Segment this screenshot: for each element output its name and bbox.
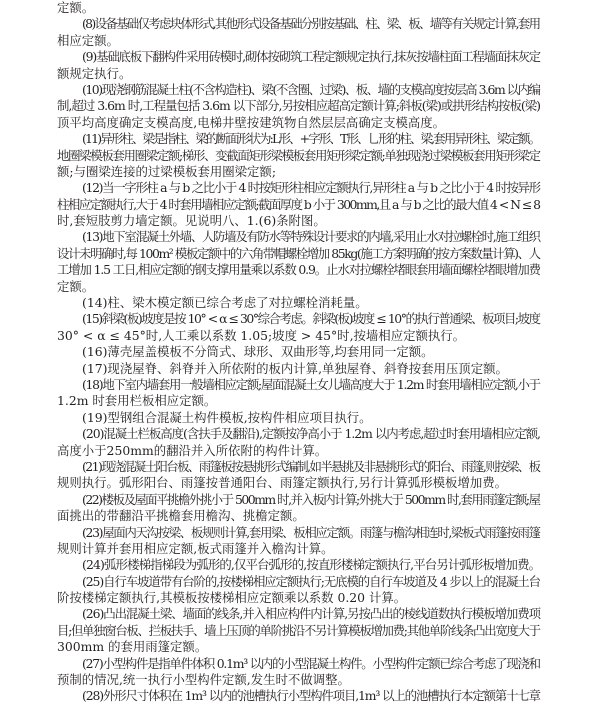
text-line: (10)现浇钢筋混凝土柱(不含构造柱)、梁(不含圈、过梁)、板、墙的支模高度按层… [57,82,541,98]
text-line: (9)基础底板下翻构件采用砖模时,砌体按砌筑工程定额规定执行,抹灰按墙柱面工程墙… [57,49,541,65]
text-line: (8)设备基础仅考虑块体形式,其他形式设备基础分别按基础、柱、梁、板、墙等有关规… [57,16,541,32]
text-line: 地圈梁模板套用圈梁定额;梯形、变截面矩形梁模板套用矩形梁定额;单独现浇过梁模板套… [57,148,541,164]
text-line: 1.2m 时套用栏板相应定额。 [57,393,541,409]
text-line: (12)当一字形柱 a 与 b 之比小于 4 时按矩形柱相应定额执行,异形柱 a… [57,180,541,196]
text-line: (21)现浇混凝土阳台板、雨篷板按悬挑形式编制,如半悬挑及非悬挑形式的阳台、雨篷… [57,459,541,475]
text-line: 制,超过 3.6m 时,工程量包括 3.6m 以下部分,另按相应超高定额计算;斜… [57,98,541,114]
text-line: (18)地下室内墙套用一般墙相应定额;屋面混凝土女儿墙高度大于 1.2m 时套用… [57,377,541,393]
text-line: (19)型钢组合混凝土构件模板,按构件相应项目执行。 [57,410,541,426]
document-page: 定额。(8)设备基础仅考虑块体形式,其他形式设备基础分别按基础、柱、梁、板、墙等… [57,0,541,705]
text-line: (14)柱、梁木模定额已综合考虑了对拉螺栓消耗量。 [57,295,541,311]
text-line: 高度小于250mm的翻沿并入所依附的构件计算。 [57,443,541,459]
text-line: (23)屋面内天沟按梁、板规则计算,套用梁、板相应定额。雨篷与檐沟相连时,梁板式… [57,525,541,541]
text-line: (15)斜梁(板)坡度是按 10° < α ≤ 30°综合考虑。斜梁(板)坡度 … [57,311,541,327]
text-line: (22)楼板及屋面平挑檐外挑小于 500mm 时,并入板内计算;外挑大于 500… [57,492,541,508]
text-line: 工增加 1.5 工日,相应定额的钢支撑用量乘以系数 0.9。止水对拉螺栓堵眼套用… [57,262,541,278]
text-line: 相应定额。 [57,33,541,49]
text-line: (24)弧形楼梯指梯段为弧形的,仅平台弧形的,按直形楼梯定额执行,平台另计弧形板… [57,557,541,573]
text-line: 预制的情况,统一执行小型构件定额,发生时不做调整。 [57,672,541,688]
text-line: 300mm 的套用雨篷定额。 [57,639,541,655]
text-line: (28)外形尺寸体积在 1m³ 以内的池槽执行小型构件项目,1m³ 以上的池槽执… [57,688,541,704]
text-line: (26)凸出混凝土梁、墙面的线条,并入相应构件内计算,另按凸出的棱线道数执行模板… [57,606,541,622]
text-line: 目;但单独窗台板、拦板扶手、墙上压顶的单阶挑沿不另计算模板增加费;其他单阶线条凸… [57,623,541,639]
text-line: 30° < α ≤ 45°时,人工乘以系数 1.05;坡度 > 45°时,按墙相… [57,328,541,344]
text-line: 定额。 [57,279,541,295]
text-line: (20)混凝土栏板高度(含扶手及翻沿),定额按净高小于 1.2m 以内考虑,超过… [57,426,541,442]
text-line: 额;与圈梁连接的过梁模板套用圈梁定额; [57,164,541,180]
text-line: (13)地下室混凝土外墙、人防墙及有防水等特殊设计要求的内墙,采用止水对拉螺栓时… [57,229,541,245]
text-line: 定额。 [57,0,541,16]
text-line: 顶平均高度确定支模高度,电梯井壁按建筑物自然层层高确定支模高度。 [57,115,541,131]
text-line: (11)异形柱、梁是指柱、梁的断面形状为:L形、+字形、T形、乚形的柱、梁,套用… [57,131,541,147]
text-line: 规则计算并套用相应定额,板式雨篷并入檐沟计算。 [57,541,541,557]
text-line: 额规定执行。 [57,66,541,82]
text-line: 阶按楼梯定额执行,其模板按楼梯相应定额乘以系数 0.20 计算。 [57,590,541,606]
text-line: (16)薄壳屋盖模板不分筒式、球形、双曲形等,均套用同一定额。 [57,344,541,360]
text-line: 时,套短肢剪力墙定额。见说明八、1.(6)条附图。 [57,213,541,229]
text-line: 规则执行。弧形阳台、雨篷按普通阳台、雨篷定额执行,另行计算弧形模板增加费。 [57,475,541,491]
text-line: (17)现浇屋脊、斜脊并入所依附的板内计算,单独屋脊、斜脊按套用压顶定额。 [57,361,541,377]
text-line: (25)自行车坡道带有台阶的,按楼梯相应定额执行;无底模的自行车坡道及 4 步以… [57,574,541,590]
text-line: 柱相应定额执行,大于 4 时套用墙相应定额;截面厚度 b 小于 300mm,且 … [57,197,541,213]
text-line: 设计未明确时,每 100m² 模板定额中的六角带帽螺栓增加 85kg(施工方案明… [57,246,541,262]
text-line: (27)小型构件是指单件体积 0.1m³ 以内的小型混凝土构件。小型构件定额已综… [57,656,541,672]
text-line: 面挑出的带翻沿平挑檐套用檐沟、挑檐定额。 [57,508,541,524]
